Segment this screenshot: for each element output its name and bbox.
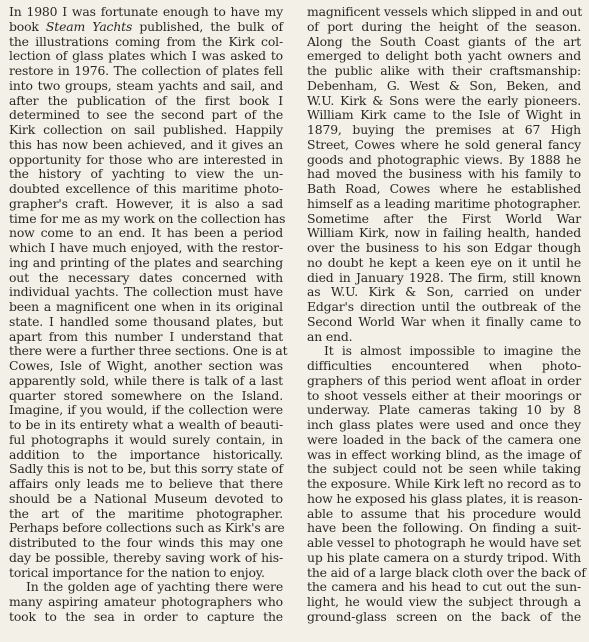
text-line: day be possible, thereby saving work of …: [9, 551, 283, 566]
text-line: emerged to delight both yacht owners and: [307, 49, 581, 64]
text-line: light, he would view the subject through…: [307, 595, 581, 610]
right-column: magnificent vessels which slipped in and…: [307, 5, 581, 625]
text-line: doubted excellence of this maritime phot…: [9, 182, 283, 197]
text-line: Edgar's direction until the outbreak of …: [307, 300, 581, 315]
text-line: there were a further three sections. One…: [9, 344, 283, 359]
text-line-with-book-title: book Steam Yachts published, the bulk of: [9, 20, 283, 35]
text-line: goods and photographic views. By 1888 he: [307, 153, 581, 168]
text-line: Street, Cowes where he sold general fanc…: [307, 138, 581, 153]
text-line: the camera and his head to cut out the s…: [307, 580, 581, 595]
text-segment: book: [9, 19, 46, 34]
text-line: the subject could not be seen while taki…: [307, 462, 581, 477]
text-line: difficulties encountered when photo-: [307, 359, 581, 374]
text-line: how he exposed his glass plates, it is r…: [307, 492, 581, 507]
text-line: Along the South Coast giants of the art: [307, 35, 581, 50]
paragraph-end-line: an end.: [307, 330, 581, 345]
text-line: lection of glass plates which I was aske…: [9, 49, 283, 64]
text-line: to shoot vessels either at their mooring…: [307, 389, 581, 404]
text-line: graphers of this period went afloat in o…: [307, 374, 581, 389]
text-line: time for me as my work on the collection…: [9, 212, 283, 227]
text-line: into two groups, steam yachts and sail, …: [9, 79, 283, 94]
text-line: the art of the maritime photographer.: [9, 507, 283, 522]
book-page: In 1980 I was fortunate enough to have m…: [0, 0, 589, 642]
paragraph-start-line: It is almost impossible to imagine the: [307, 344, 581, 359]
text-line: able to assume that his procedure would: [307, 507, 581, 522]
text-line: himself as a leading maritime photograph…: [307, 197, 581, 212]
text-line: up his plate camera on a sturdy tripod. …: [307, 551, 581, 566]
text-line: W.U. Kirk & Sons were the early pioneers…: [307, 94, 581, 109]
text-line: William Kirk came to the Isle of Wight i…: [307, 108, 581, 123]
text-line: been a magnificent one when in its origi…: [9, 300, 283, 315]
text-line: 1879, buying the premises at 67 High: [307, 123, 581, 138]
text-line: which I have much enjoyed, with the rest…: [9, 241, 283, 256]
text-line: had moved the business with his family t…: [307, 167, 581, 182]
text-line: Kirk collection on sail published. Happi…: [9, 123, 283, 138]
text-line: over the business to his son Edgar thoug…: [307, 241, 581, 256]
text-line: Bath Road, Cowes where he established: [307, 182, 581, 197]
text-line: restore in 1976. The collection of plate…: [9, 64, 283, 79]
text-line: Sadly this is not to be, but this sorry …: [9, 462, 283, 477]
text-line: Cowes, Isle of Wight, another section wa…: [9, 359, 283, 374]
text-line: of port during the height of the season.: [307, 20, 581, 35]
text-line: opportunity for those who are interested…: [9, 153, 283, 168]
text-line: determined to see the second part of the: [9, 108, 283, 123]
text-line: were loaded in the back of the camera on…: [307, 433, 581, 448]
text-line: died in January 1928. The firm, still kn…: [307, 271, 581, 286]
text-line: addition to the importance historically.: [9, 448, 283, 463]
text-line: Debenham, G. West & Son, Beken, and: [307, 79, 581, 94]
text-line: Sometime after the First World War: [307, 212, 581, 227]
text-line: ground-glass screen on the back of the: [307, 610, 581, 625]
text-line: after the publication of the first book …: [9, 94, 283, 109]
text-line: out the necessary dates concerned with: [9, 271, 283, 286]
text-line: grapher's craft. However, it is also a s…: [9, 197, 283, 212]
text-line: ful photographs it would surely contain,…: [9, 433, 283, 448]
text-line: apparently sold, while there is talk of …: [9, 374, 283, 389]
paragraph-start-line: In the golden age of yachting there were: [9, 580, 283, 595]
text-line: Perhaps before collections such as Kirk'…: [9, 521, 283, 536]
text-line: no doubt he kept a keen eye on it until …: [307, 256, 581, 271]
text-line: was in effect working blind, as the imag…: [307, 448, 581, 463]
text-line: Imagine, if you would, if the collection…: [9, 403, 283, 418]
text-line: as W.U. Kirk & Son, carried on under: [307, 285, 581, 300]
text-line: distributed to the four winds this may o…: [9, 536, 283, 551]
text-line: ing and printing of the plates and searc…: [9, 256, 283, 271]
text-line: apart from this number I understand that: [9, 330, 283, 345]
text-line: now come to an end. It has been a period: [9, 226, 283, 241]
text-line: William Kirk, now in failing health, han…: [307, 226, 581, 241]
text-line: this has now been achieved, and it gives…: [9, 138, 283, 153]
text-line: quarter stored somewhere on the Island.: [9, 389, 283, 404]
text-line: able vessel to photograph he would have …: [307, 536, 581, 551]
text-line: should be a National Museum devoted to: [9, 492, 283, 507]
paragraph-end-line: torical importance for the nation to enj…: [9, 566, 283, 581]
text-line: the illustrations coming from the Kirk c…: [9, 35, 283, 50]
text-line: affairs only leads me to believe that th…: [9, 477, 283, 492]
text-line: inch glass plates were used and once the…: [307, 418, 581, 433]
text-segment: published, the bulk of: [132, 19, 283, 34]
text-line: have been the following. On finding a su…: [307, 521, 581, 536]
text-line: individual yachts. The collection must h…: [9, 285, 283, 300]
text-line: many aspiring amateur photographers who: [9, 595, 283, 610]
text-line: underway. Plate cameras taking 10 by 8: [307, 403, 581, 418]
text-line: the aid of a large black cloth over the …: [307, 566, 581, 581]
text-line: took to the sea in order to capture the: [9, 610, 283, 625]
text-line: the exposure. While Kirk left no record …: [307, 477, 581, 492]
text-line: the public alike with their craftsmanshi…: [307, 64, 581, 79]
text-line: In 1980 I was fortunate enough to have m…: [9, 5, 283, 20]
text-line: state. I handled some thousand plates, b…: [9, 315, 283, 330]
text-line: magnificent vessels which slipped in and…: [307, 5, 581, 20]
left-column: In 1980 I was fortunate enough to have m…: [9, 5, 283, 625]
text-line: the history of yachting to view the un-: [9, 167, 283, 182]
text-line: Second World War when it finally came to: [307, 315, 581, 330]
text-line: to be in its entirety what a wealth of b…: [9, 418, 283, 433]
book-title: Steam Yachts: [46, 19, 132, 34]
